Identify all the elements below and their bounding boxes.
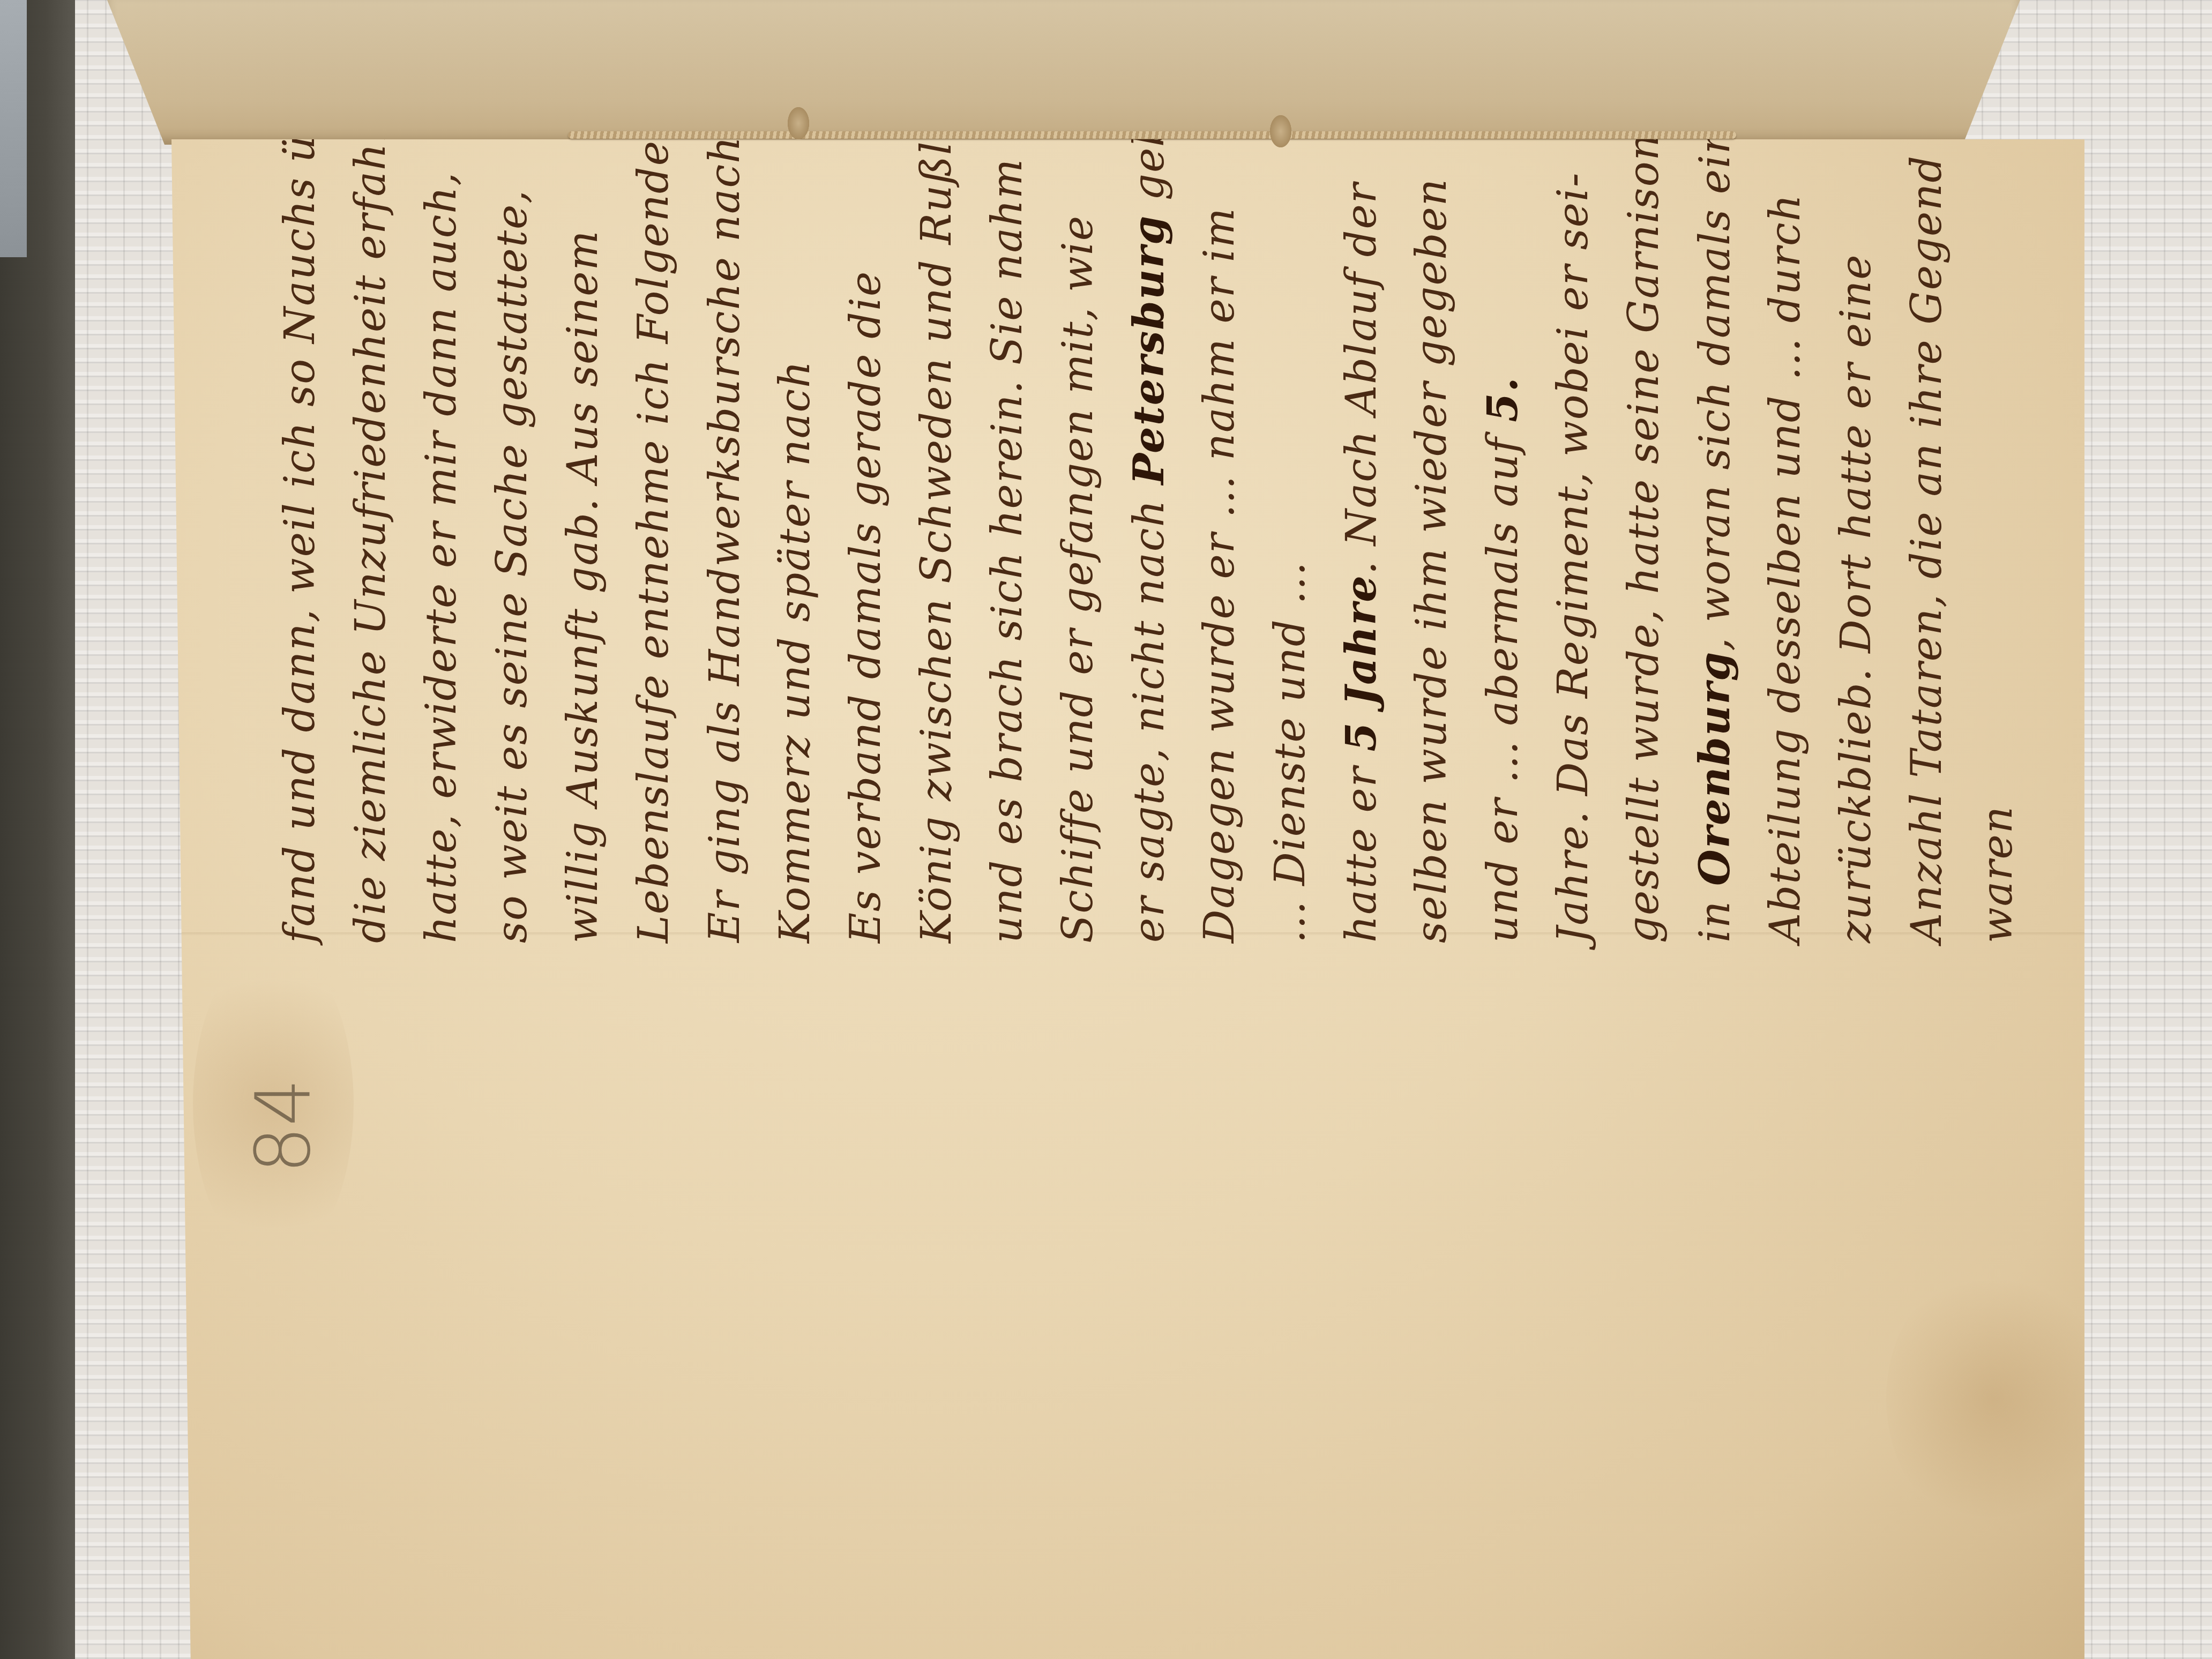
text-line-content: und es brach sich herein. Sie nahm [983, 158, 1032, 943]
text-line-content: und er ... abermals auf 5. [1478, 376, 1527, 943]
text-line: fand und dann, weil ich so Nauchs über [268, 198, 332, 991]
text-line: Schiffe und er gefangen mit, wie [1046, 198, 1110, 991]
line-kurrent-text: Schiffe und er gefangen mit, wie [1054, 215, 1102, 943]
text-line: Es verband damals gerade die [834, 198, 898, 991]
text-line-content: König zwischen Schweden und Rußland [913, 59, 961, 943]
latin-script-word: 5 Jahre [1337, 574, 1386, 751]
line-kurrent-text: . Nach Ablauf der [1337, 182, 1386, 574]
paper-stain [1886, 1265, 2101, 1533]
page-fold-shadow [171, 932, 2084, 936]
line-kurrent-text: fand und dann, weil ich so Nauchs über [276, 60, 324, 943]
photo-scene: 84 fand und dann, weil ich so Nauchs übe… [0, 0, 2212, 1659]
line-kurrent-text: er sagte, nicht nach [1125, 485, 1174, 943]
text-line: und es brach sich herein. Sie nahm [975, 198, 1040, 991]
text-line-content: Er ging als Handwerksbursche nach Stockh… [700, 0, 749, 943]
text-line: zurückblieb. Dort hatte er eine [1824, 198, 1888, 991]
text-line: Kommerz und später nach [763, 198, 827, 991]
line-kurrent-text: so weit es seine Sache gestattete, [488, 189, 536, 943]
text-line-content: Es verband damals gerade die [842, 271, 890, 943]
text-line: hatte er 5 Jahre. Nach Ablauf der [1329, 198, 1393, 991]
line-kurrent-text: gestellt wurde, hatte seine Garnison [1620, 132, 1668, 943]
line-kurrent-text: Er ging als Handwerksbursche nach [701, 121, 749, 943]
line-kurrent-text: willig Auskunft gab. Aus seinem [559, 230, 607, 943]
line-kurrent-text: Anzahl Tataren, die an ihre Gegend [1903, 155, 1951, 943]
text-line-content: er sagte, nicht nach Petersburg gebracht… [1125, 0, 1174, 943]
text-line: willig Auskunft gab. Aus seinem [551, 198, 615, 991]
text-line-content: hatte, erwiderte er mir dann auch, [417, 171, 466, 943]
text-line: Er ging als Handwerksbursche nach Stockh… [692, 198, 757, 991]
grey-object-corner [0, 0, 27, 257]
line-kurrent-text: hatte, erwiderte er mir dann auch, [417, 171, 466, 943]
text-line-content: Kommerz und später nach [771, 360, 819, 943]
manuscript-page: 84 fand und dann, weil ich so Nauchs übe… [171, 139, 2084, 1659]
binding-knot [1270, 115, 1291, 147]
text-line: in Orenburg, woran sich damals eine [1683, 198, 1747, 991]
folded-upper-page [107, 0, 2020, 145]
text-line-content: Lebenslaufe entnehme ich Folgendes: [630, 102, 678, 943]
line-kurrent-text: und er ... abermals auf [1479, 422, 1527, 943]
text-line: König zwischen Schweden und Rußland [905, 198, 969, 991]
text-line-content: ... Dienste und ... [1266, 561, 1314, 943]
latin-script-word: 5. [1478, 376, 1527, 422]
text-line-content: selben wurde ihm wieder gegeben [1408, 178, 1456, 943]
line-kurrent-text: Abteilung desselben und ... durch [1761, 193, 1810, 943]
line-kurrent-text: König zwischen Schweden und Rußland [913, 59, 961, 943]
text-line: Dagegen wurde er ... nahm er im [1187, 198, 1252, 991]
line-kurrent-text: selben wurde ihm wieder gegeben [1408, 178, 1456, 943]
text-line: Anzahl Tataren, die an ihre Gegend [1895, 198, 1959, 991]
binding-knot [788, 107, 809, 139]
line-kurrent-text: Dagegen wurde er ... nahm er im [1195, 207, 1244, 943]
text-line-content: Dagegen wurde er ... nahm er im [1195, 207, 1244, 943]
handwritten-text-block: fand und dann, weil ich so Nauchs überdi… [268, 198, 2036, 991]
text-line: gestellt wurde, hatte seine Garnison [1612, 198, 1676, 991]
text-line: und er ... abermals auf 5. [1470, 198, 1535, 991]
text-line: ... Dienste und ... [1258, 198, 1322, 991]
line-kurrent-text: Jahre. Das Regiment, wobei er sei- [1549, 172, 1597, 943]
latin-script-word: Orenburg [1691, 651, 1739, 886]
text-line: selben wurde ihm wieder gegeben [1400, 198, 1464, 991]
line-kurrent-text: Kommerz und später nach [771, 360, 819, 943]
line-kurrent-text: hatte er [1337, 751, 1386, 943]
binding-string [568, 131, 1736, 139]
line-kurrent-text: Lebenslaufe entnehme ich Folgendes: [630, 102, 678, 943]
line-kurrent-text: waren [1974, 805, 2022, 943]
text-line-content: Schiffe und er gefangen mit, wie [1054, 215, 1102, 943]
text-line: Lebenslaufe entnehme ich Folgendes: [622, 198, 686, 991]
text-line: er sagte, nicht nach Petersburg gebracht… [1117, 198, 1181, 991]
text-line-content: die ziemliche Unzufriedenheit erfahren [347, 68, 395, 943]
line-kurrent-text: und es brach sich herein. Sie nahm [983, 158, 1032, 943]
line-kurrent-text: ... Dienste und ... [1266, 561, 1314, 943]
latin-script-word: Petersburg [1125, 215, 1174, 485]
text-line-content: so weit es seine Sache gestattete, [488, 189, 536, 943]
text-line-content: fand und dann, weil ich so Nauchs über [276, 60, 324, 943]
text-line-content: Abteilung desselben und ... durch [1761, 193, 1810, 943]
pencil-page-number: 84 [240, 1078, 327, 1174]
text-line: waren [1966, 198, 2030, 991]
line-kurrent-text: , woran sich damals eine [1691, 100, 1739, 651]
text-line-content: waren [1974, 805, 2022, 943]
text-line-content: hatte er 5 Jahre. Nach Ablauf der [1337, 182, 1386, 943]
text-line: die ziemliche Unzufriedenheit erfahren [339, 198, 403, 991]
line-kurrent-text: Es verband damals gerade die [842, 271, 890, 943]
text-line-content: willig Auskunft gab. Aus seinem [559, 230, 607, 943]
text-line-content: Anzahl Tataren, die an ihre Gegend [1903, 155, 1951, 943]
text-line: Abteilung desselben und ... durch [1753, 198, 1818, 991]
text-line: so weit es seine Sache gestattete, [480, 198, 544, 991]
text-line-content: zurückblieb. Dort hatte er eine [1832, 254, 1880, 943]
line-kurrent-text: zurückblieb. Dort hatte er eine [1832, 254, 1880, 943]
text-line-content: in Orenburg, woran sich damals eine [1691, 100, 1739, 943]
text-line-content: Jahre. Das Regiment, wobei er sei- [1549, 172, 1597, 943]
text-line-content: gestellt wurde, hatte seine Garnison [1620, 132, 1668, 943]
text-line: Jahre. Das Regiment, wobei er sei- [1541, 198, 1605, 991]
dark-table-edge [0, 0, 75, 1659]
text-line: hatte, erwiderte er mir dann auch, [409, 198, 474, 991]
line-kurrent-text: die ziemliche Unzufriedenheit erfahren [347, 68, 395, 943]
